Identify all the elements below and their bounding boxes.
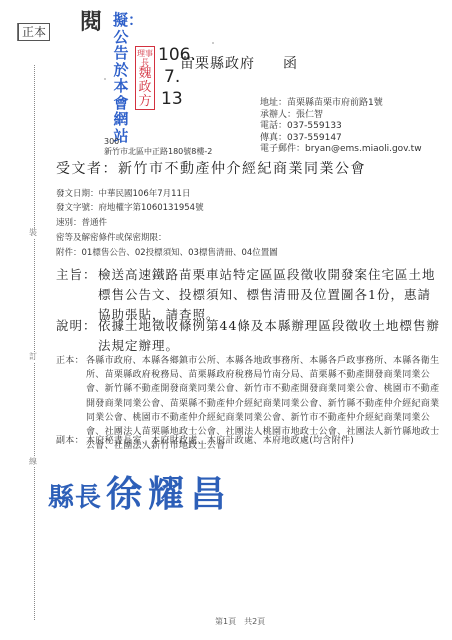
scan-speck — [104, 78, 106, 80]
issue-number: 發文字號：府地權字第1060131954號 — [56, 202, 278, 216]
explanation-label: 說明： — [56, 316, 97, 336]
issuing-agency: 苗栗縣政府 — [180, 56, 255, 72]
seal-name: 魏政方 — [138, 66, 151, 109]
contact-handler: 承辦人：張仁智 — [260, 110, 422, 122]
recipient: 受文者：新竹市不動產仲介經紀商業同業公會 — [56, 158, 366, 178]
recipient-address: 300 新竹市北區中正路180號8樓-2 — [104, 137, 212, 156]
explanation-section: 說明： 依據土地徵收條例第44條及本縣辦理區段徵收土地標售辦法規定辦理。 — [56, 316, 443, 356]
approval-seal: 理事長 魏政方 — [135, 46, 155, 110]
document-header: 苗栗縣政府函 — [180, 53, 298, 73]
page-number: 第1頁 — [215, 617, 236, 626]
copy-recipients-text: 本府秘書長室、本府財政處、本府計政處、本府地政處(均含附件) — [86, 434, 444, 448]
subject-label: 主旨： — [56, 265, 97, 285]
handwritten-instruction: 擬：公告於本會網站 — [113, 12, 129, 144]
page-footer: 第1頁共2頁 — [215, 616, 265, 627]
contact-address: 地址：苗栗縣苗栗市府前路1號 — [260, 98, 422, 110]
seal-title: 理事長 — [136, 49, 154, 67]
issue-date: 發文日期：中華民國106年7月11日 — [56, 188, 278, 202]
document-type: 函 — [283, 56, 298, 72]
speed: 速別：普通件 — [56, 217, 278, 231]
postal-code: 300 — [104, 137, 212, 147]
contact-fax: 傳真：037-559147 — [260, 133, 422, 145]
hw-date-day: 13 — [158, 88, 196, 110]
binding-line — [34, 65, 35, 620]
binding-mark-xian: 線 — [29, 457, 37, 467]
binding-mark-zhuang: 裝 — [29, 228, 37, 238]
magistrate-signature: 縣長徐耀昌 — [48, 466, 232, 517]
contact-email: 電子郵件：bryan@ems.miaoli.gov.tw — [260, 144, 422, 156]
security-level: 密等及解密條件或保密期限： — [56, 232, 278, 246]
read-mark: 閱 — [80, 10, 102, 34]
attachments: 附件：01標售公告、02投標須知、03標售清冊、04位置圖 — [56, 247, 278, 261]
contact-block: 地址：苗栗縣苗栗市府前路1號 承辦人：張仁智 電話：037-559133 傳真：… — [260, 98, 422, 156]
page-total: 共2頁 — [244, 617, 265, 626]
signature-name: 徐耀昌 — [106, 473, 232, 515]
scan-speck — [212, 42, 214, 44]
explanation-text: 依據土地徵收條例第44條及本縣辦理區段徵收土地標售辦法規定辦理。 — [98, 316, 443, 356]
original-copy-stamp: 正本 — [18, 23, 50, 41]
original-recipients-label: 正本： — [56, 354, 84, 368]
signature-title: 縣長 — [48, 483, 102, 513]
street-address: 新竹市北區中正路180號8樓-2 — [104, 147, 212, 157]
copy-recipients-label: 副本： — [56, 434, 84, 448]
document-meta: 發文日期：中華民國106年7月11日 發文字號：府地權字第1060131954號… — [56, 188, 278, 260]
binding-mark-ding: 訂 — [29, 352, 37, 362]
copy-recipients-section: 副本： 本府秘書長室、本府財政處、本府計政處、本府地政處(均含附件) — [56, 434, 444, 448]
contact-phone: 電話：037-559133 — [260, 121, 422, 133]
